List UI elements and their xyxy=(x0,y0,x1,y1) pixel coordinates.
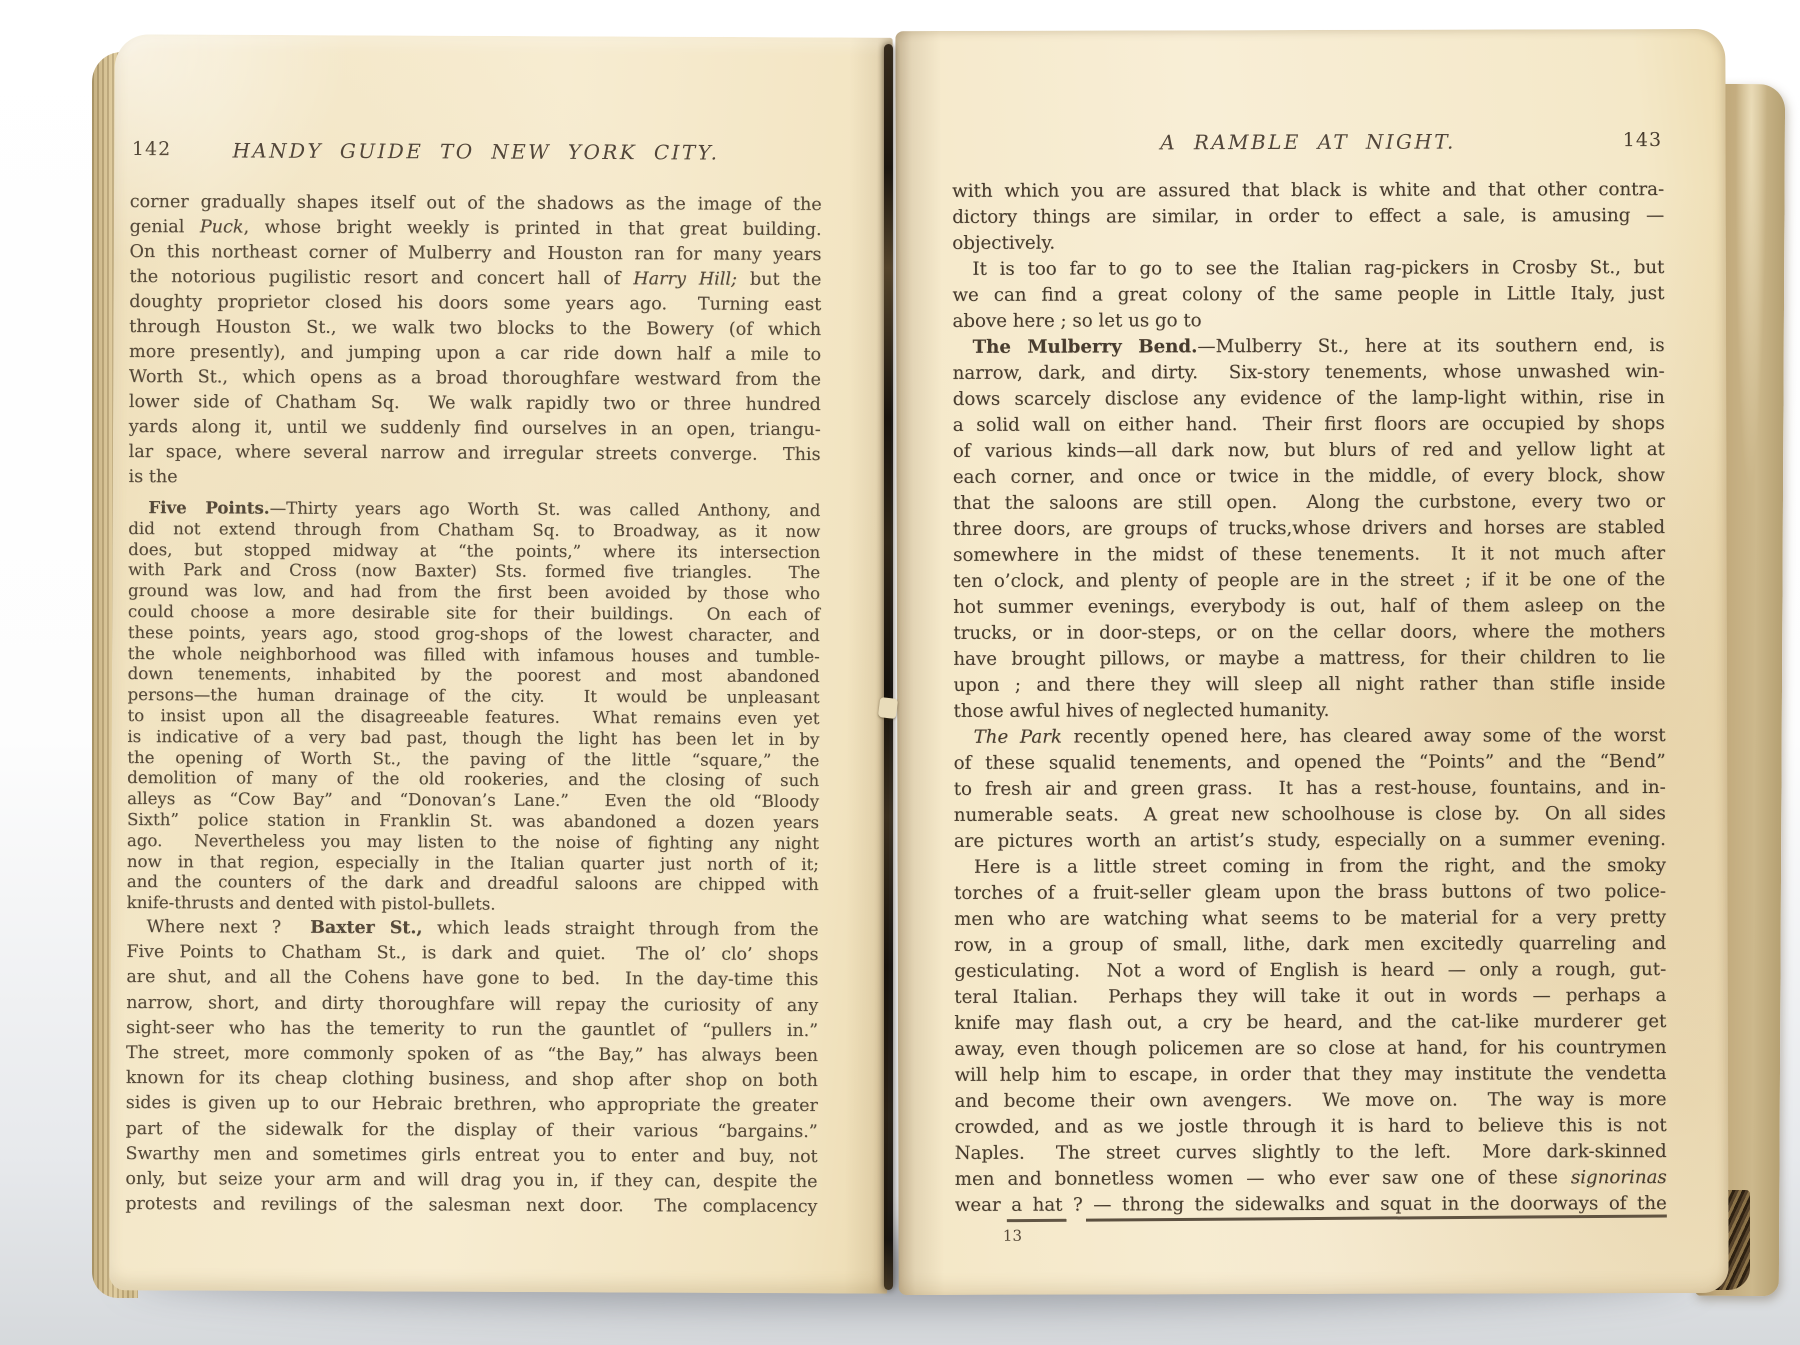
text-line: knife-thrusts and dented with pistol-bul… xyxy=(127,893,819,917)
text-line: each corner, and once or twice in the mi… xyxy=(953,463,1665,491)
text-line: and become their own avengers. We move o… xyxy=(955,1087,1667,1115)
text-line: the notorious pugilistic resort and conc… xyxy=(129,265,821,293)
text-line: sight-seer who has the temerity to run t… xyxy=(126,1016,818,1044)
right-page-text-column: A RAMBLE AT NIGHT. 143 with which you ar… xyxy=(952,129,1667,1219)
text-line: hot summer evenings, everybody is out, h… xyxy=(953,593,1665,621)
text-line: these points, years ago, stood grog-shop… xyxy=(128,623,820,647)
left-page-paragraphs: corner gradually shapes itself out of th… xyxy=(125,190,821,1220)
text-line: the opening of Worth St., the paving of … xyxy=(127,748,819,772)
text-line: lower side of Chatham Sq. We walk rapidl… xyxy=(129,390,821,418)
text-line: and the counters of the dark and dreadfu… xyxy=(127,872,819,896)
text-line: On this northeast corner of Mulberry and… xyxy=(129,240,821,268)
text-line: crowded, and as we jostle through it is … xyxy=(955,1113,1667,1141)
text-line: Naples. The street curves slightly to th… xyxy=(955,1139,1667,1167)
running-header: A RAMBLE AT NIGHT. xyxy=(952,129,1664,155)
text-line: ago. Nevertheless you may listen to the … xyxy=(127,831,819,855)
text-line: narrow, dark, and dirty. Six-story tenem… xyxy=(953,359,1665,387)
text-line: teral Italian. Perhaps they will take it… xyxy=(954,983,1666,1011)
text-line: Five Points to Chatham St., is dark and … xyxy=(126,940,818,968)
text-line: men who are watching what seems to be ma… xyxy=(954,905,1666,933)
text-line: is indicative of a very bad past, though… xyxy=(127,727,819,751)
text-line: of these squalid tenements, and opened t… xyxy=(954,749,1666,777)
text-line: Where next ? Baxter St., which leads str… xyxy=(127,915,819,943)
text-line: Swarthy men and sometimes girls entreat … xyxy=(126,1142,818,1170)
text-line: more presently), and jumping upon a car … xyxy=(129,340,821,368)
text-line: does, but stopped midway at “the points,… xyxy=(128,540,820,564)
binding-stitch xyxy=(878,697,898,719)
text-line: somewhere in the midst of these tenement… xyxy=(953,541,1665,569)
text-line: The Park recently opened here, has clear… xyxy=(954,723,1666,751)
text-line: yards along it, until we suddenly find o… xyxy=(129,415,821,443)
paragraph-little-italy: It is too far to go to see the Italian r… xyxy=(952,255,1664,335)
text-line: to fresh air and green grass. It has a r… xyxy=(954,775,1666,803)
left-running-head-row: 142 HANDY GUIDE TO NEW YORK CITY. xyxy=(130,138,822,167)
text-line: have brought pillows, or maybe a mattres… xyxy=(953,645,1665,673)
paragraph-here-is-a-little-street: Here is a little street coming in from t… xyxy=(954,853,1667,1219)
paragraph-mulberry-bend: The Mulberry Bend.—Mulberry St., here at… xyxy=(953,333,1666,725)
text-line: to insist upon all the disagreeable feat… xyxy=(127,706,819,730)
text-line: will help him to escape, in order that t… xyxy=(954,1061,1666,1089)
text-line: with Park and Cross (now Baxter) Sts. fo… xyxy=(128,560,820,584)
text-line: now in that region, especially in the It… xyxy=(127,852,819,876)
text-line: It is too far to go to see the Italian r… xyxy=(952,255,1664,283)
text-line: protests and revilings of the salesman n… xyxy=(125,1192,817,1220)
right-page-paragraphs: with which you are assured that black is… xyxy=(952,177,1667,1219)
text-line: alleys as “Cow Bay” and “Donovan’s Lane.… xyxy=(127,789,819,813)
text-line: a solid wall on either hand. Their first… xyxy=(953,411,1665,439)
paragraph-baxter-st: Where next ? Baxter St., which leads str… xyxy=(125,915,818,1220)
page-number: 143 xyxy=(1623,129,1662,151)
text-line: knife may flash out, a cry be heard, and… xyxy=(954,1009,1666,1037)
text-line: sides is given up to our Hebraic brethre… xyxy=(126,1091,818,1119)
text-line: Here is a little street coming in from t… xyxy=(954,853,1666,881)
paragraph-five-points: Five Points.—Thirty years ago Worth St. … xyxy=(127,497,821,917)
text-line: The street, more commonly spoken of as “… xyxy=(126,1041,818,1069)
text-line: doughty proprietor closed his doors some… xyxy=(129,290,821,318)
text-line: corner gradually shapes itself out of th… xyxy=(130,190,822,218)
text-line: Worth St., which opens as a broad thorou… xyxy=(129,365,821,393)
text-line: persons—the human drainage of the city. … xyxy=(128,685,820,709)
text-line: trucks, or in door-steps, or on the cell… xyxy=(953,619,1665,647)
text-line: objectively. xyxy=(952,229,1664,257)
text-line: known for its cheap clothing business, a… xyxy=(126,1066,818,1094)
text-line: torches of a fruit-seller gleam upon the… xyxy=(954,879,1666,907)
text-line: The Mulberry Bend.—Mulberry St., here at… xyxy=(953,333,1665,361)
text-line: those awful hives of neglected humanity. xyxy=(953,697,1665,725)
text-line: are pictures worth an artist’s study, es… xyxy=(954,827,1666,855)
text-line: upon ; and there they will sleep all nig… xyxy=(953,671,1665,699)
text-line: genial Puck, whose bright weekly is prin… xyxy=(130,215,822,243)
paragraph-the-park: The Park recently opened here, has clear… xyxy=(954,723,1666,855)
text-line: part of the sidewalk for the display of … xyxy=(126,1117,818,1145)
paragraph-continuation-sale: with which you are assured that black is… xyxy=(952,177,1664,257)
text-line: is the xyxy=(128,465,820,493)
text-line: lar space, where several narrow and irre… xyxy=(129,440,821,468)
text-line: ground was low, and had from the first b… xyxy=(128,581,820,605)
text-line: with which you are assured that black is… xyxy=(952,177,1664,205)
text-line: dictory things are similar, in order to … xyxy=(952,203,1664,231)
text-line: ten o’clock, and plenty of people are in… xyxy=(953,567,1665,595)
signature-mark: 13 xyxy=(1003,1227,1022,1245)
text-line: are shut, and all the Cohens have gone t… xyxy=(126,965,818,993)
paragraph-continuation-puck: corner gradually shapes itself out of th… xyxy=(128,190,821,493)
text-line: only, but seize your arm and will drag y… xyxy=(125,1167,817,1195)
left-page-text-column: 142 HANDY GUIDE TO NEW YORK CITY. corner… xyxy=(125,138,822,1220)
gutter-crack xyxy=(884,44,893,1290)
text-line: down tenements, inhabited by the poorest… xyxy=(128,664,820,688)
text-line: numerable seats. A great new schoolhouse… xyxy=(954,801,1666,829)
page-number: 142 xyxy=(132,138,171,160)
text-line: could choose a more desirable site for t… xyxy=(128,602,820,626)
text-line: Sixth” police station in Franklin St. wa… xyxy=(127,810,819,834)
text-line: demolition of many of the old rookeries,… xyxy=(127,768,819,792)
text-line: the whole neighborhood was filled with i… xyxy=(128,644,820,668)
text-line: men and bonnetless women — who ever saw … xyxy=(955,1165,1667,1193)
text-line: away, even though policemen are so close… xyxy=(954,1035,1666,1063)
text-line: narrow, short, and dirty thoroughfare wi… xyxy=(126,991,818,1019)
text-line: gesticulating. Not a word of English is … xyxy=(954,957,1666,985)
text-line: we can find a great colony of the same p… xyxy=(952,281,1664,309)
text-line: that the saloons are still open. Along t… xyxy=(953,489,1665,517)
running-header: HANDY GUIDE TO NEW YORK CITY. xyxy=(130,138,822,165)
right-running-head-row: A RAMBLE AT NIGHT. 143 xyxy=(952,129,1664,157)
text-line: dows scarcely disclose any evidence of t… xyxy=(953,385,1665,413)
text-line: three doors, are groups of trucks,whose … xyxy=(953,515,1665,543)
text-line: of various kinds—all dark now, but blurs… xyxy=(953,437,1665,465)
text-line: Five Points.—Thirty years ago Worth St. … xyxy=(128,497,820,522)
book-scan: 142 HANDY GUIDE TO NEW YORK CITY. corner… xyxy=(0,0,1800,1345)
text-line: did not extend through from Chatham Sq. … xyxy=(128,519,820,543)
text-line: row, in a group of small, lithe, dark me… xyxy=(954,931,1666,959)
text-line: above here ; so let us go to xyxy=(952,307,1664,335)
text-line: through Houston St., we walk two blocks … xyxy=(129,315,821,343)
